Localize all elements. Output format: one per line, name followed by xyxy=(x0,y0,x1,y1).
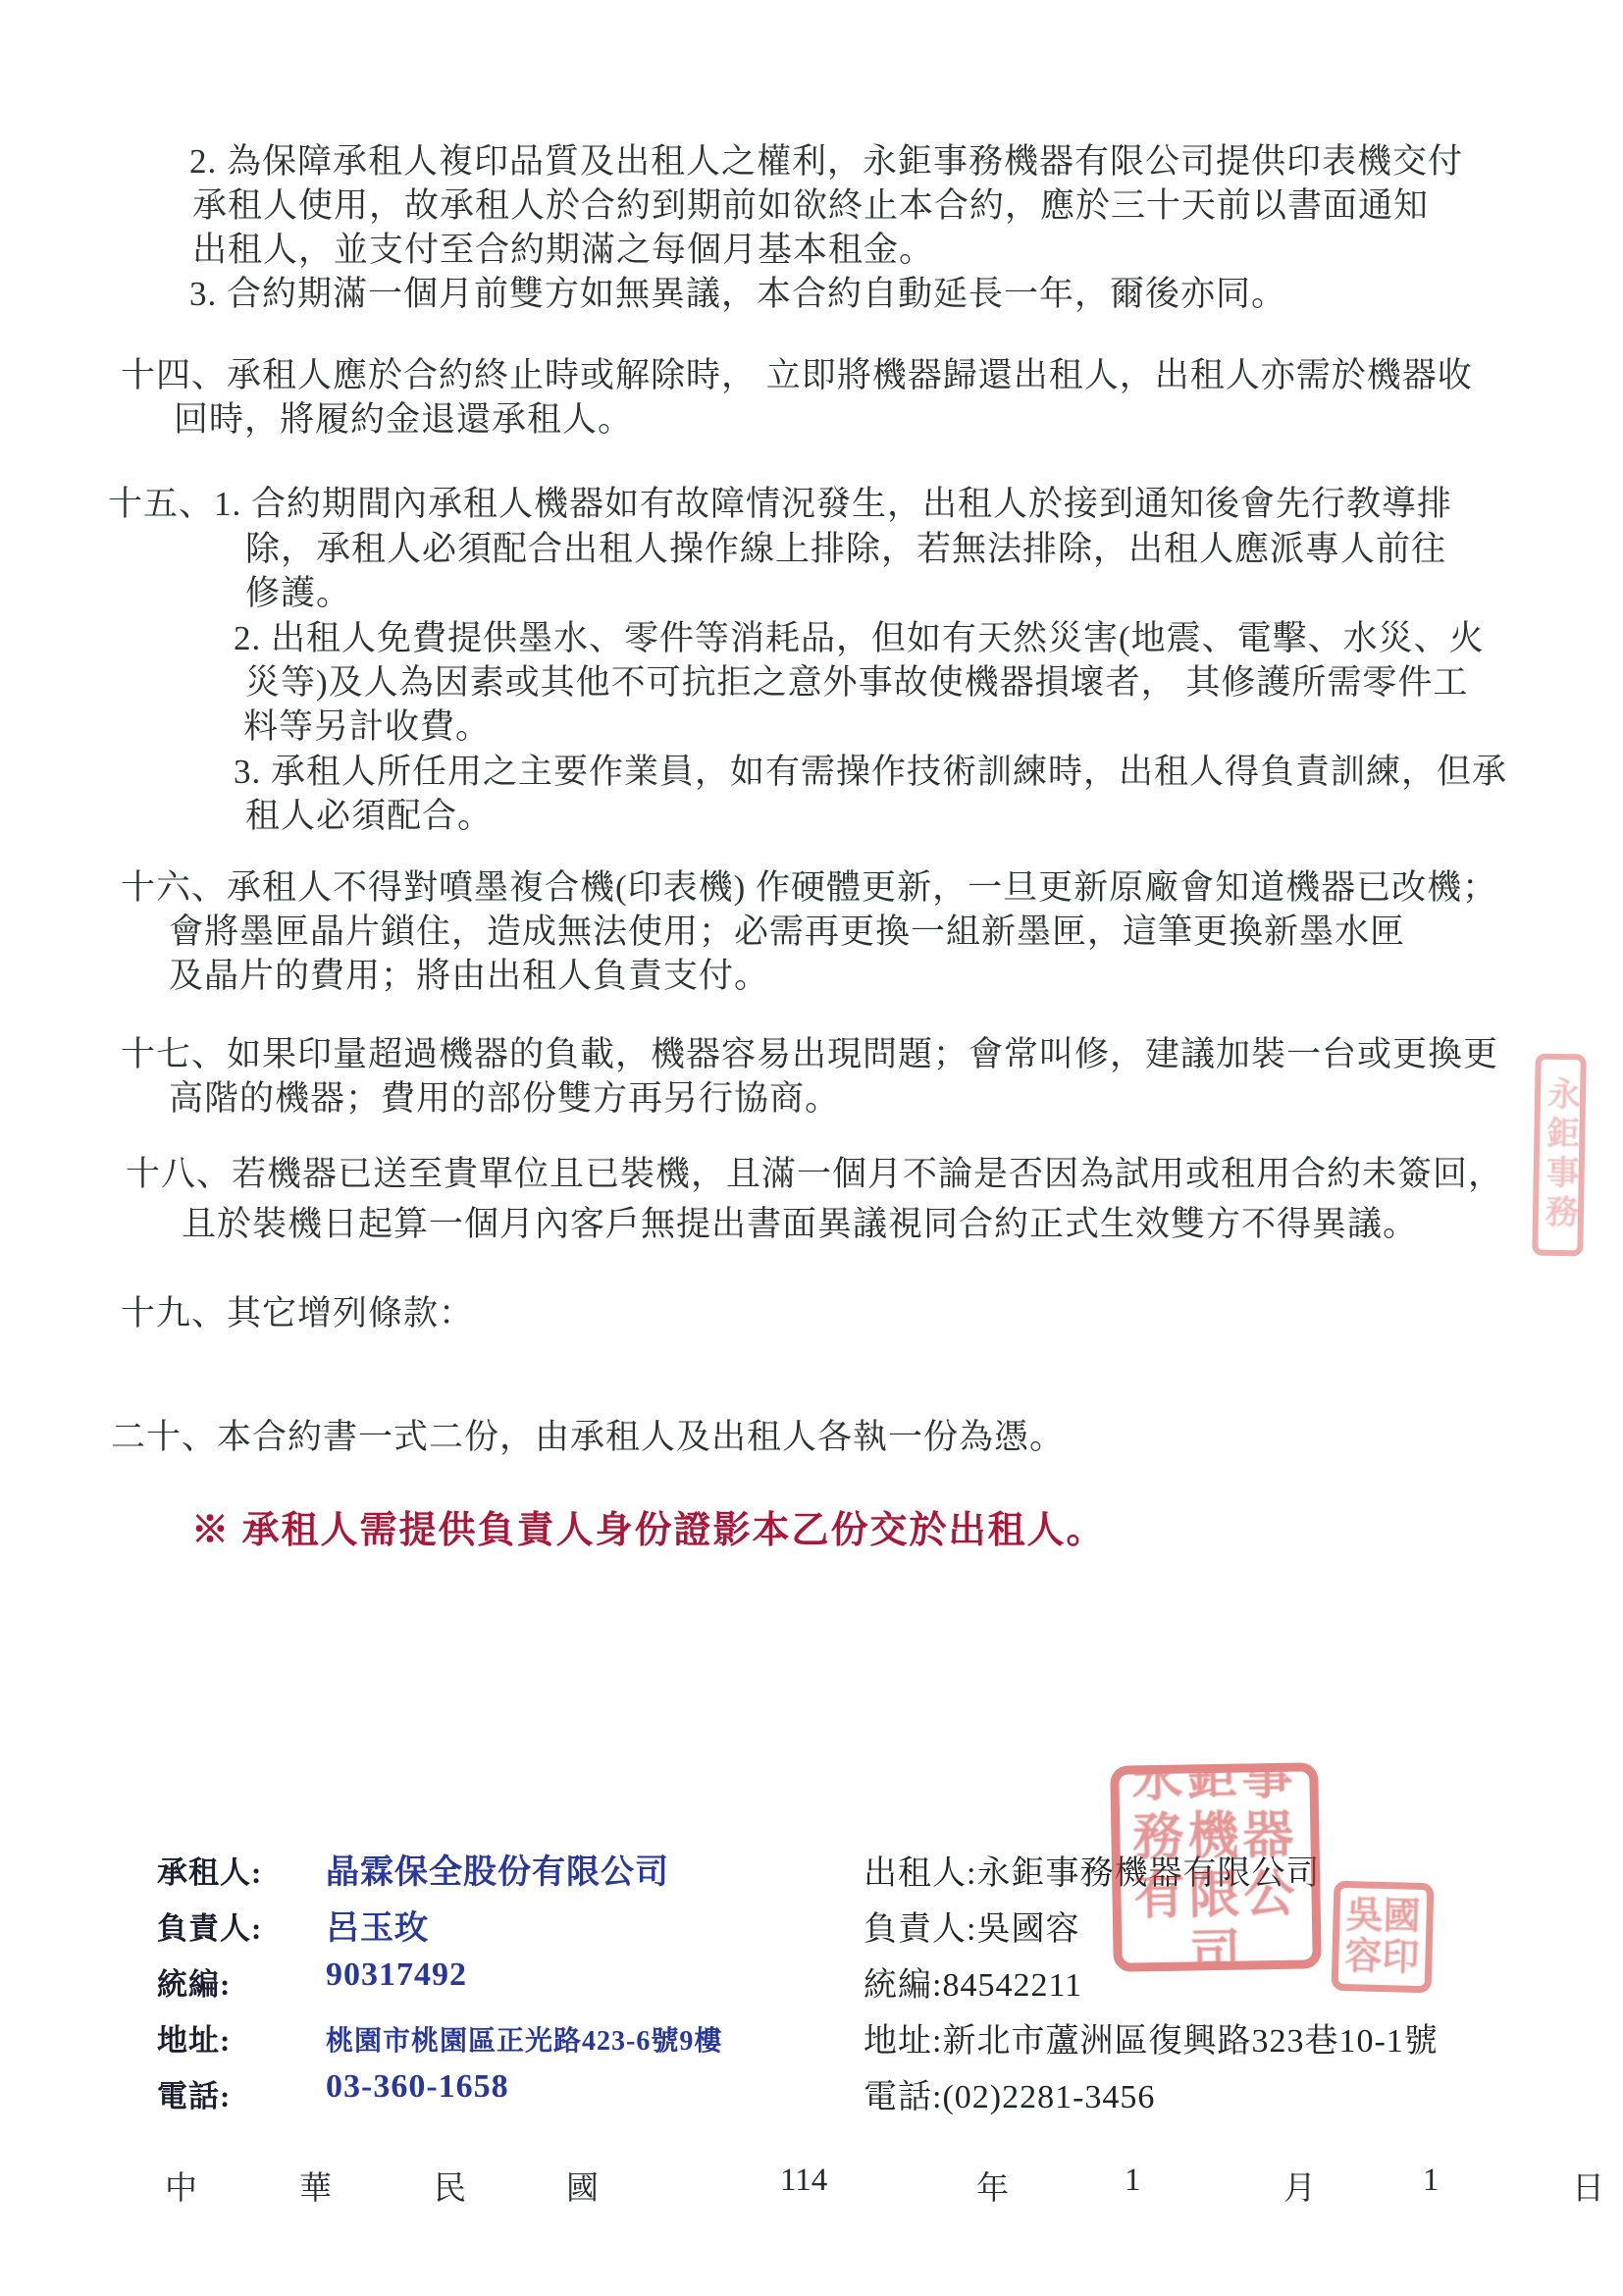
lessor-principal-row: 負責人:吳國容 xyxy=(864,1902,1079,1950)
clause-20-line1: 二十、本合約書一式二份，由承租人及出租人各執一份為憑。 xyxy=(111,1419,1065,1457)
lessee-address-value: 桃園市桃園區正光路423-6號9樓 xyxy=(326,2019,722,2059)
clause-15-item1-line2: 除，承租人必須配合出租人操作線上排除，若無法排除，出租人應派專人前往 xyxy=(245,531,1446,569)
clause-14-line1: 十四、承租人應於合約終止時或解除時， 立即將機器歸還出租人，出租人亦需於機器收 xyxy=(121,357,1473,395)
clause-15-item1-line1: 十五、1. 合約期間內承租人機器如有故障情況發生，出租人於接到通知後會先行教導排 xyxy=(108,486,1452,524)
clause-16-line3: 及晶片的費用；將由出租人負責支付。 xyxy=(169,958,769,996)
clause-15-item3-line1: 3. 承租人所任用之主要作業員，如有需操作技術訓練時，出租人得負責訓練，但承 xyxy=(234,754,1507,792)
lessee-tax-id-label: 統編: xyxy=(157,1959,231,2004)
clause-13-item2-line2: 承租人使用，故承租人於合約到期前如欲終止本合約，應於三十天前以書面通知 xyxy=(192,187,1429,226)
lessor-address-row: 地址:新北市蘆洲區復興路323巷10-1號 xyxy=(864,2013,1439,2061)
edge-joint-seal-stamp: 永鉅事務 xyxy=(1532,1054,1587,1257)
clause-13-item2-line3: 出租人，並支付至合約期滿之每個月基本租金。 xyxy=(192,232,934,270)
lessee-phone-label: 電話: xyxy=(157,2071,231,2115)
lessee-address-label: 地址: xyxy=(157,2015,231,2060)
date-month-label: 月 xyxy=(1283,2163,1316,2209)
clause-13-item3-line1: 3. 合約期滿一個月前雙方如無異議，本合約自動延長一年，爾後亦同。 xyxy=(189,276,1286,314)
lessee-principal-label: 負責人: xyxy=(157,1904,262,1948)
clause-16-line2: 會將墨匣晶片鎖住，造成無法使用；必需再更換一組新墨匣，這筆更換新墨水匣 xyxy=(169,913,1405,952)
lessor-tax-id-row: 統編:84542211 xyxy=(864,1957,1082,2006)
date-year-label: 年 xyxy=(976,2163,1009,2209)
date-day-value: 1 xyxy=(1423,2163,1440,2199)
clause-15-item2-line2: 災等)及人為因素或其他不可抗拒之意外事故使機器損壞者， 其修護所需零件工 xyxy=(245,664,1468,703)
clause-14-line2: 回時，將履約金退還承租人。 xyxy=(174,401,633,440)
date-token-guo: 國 xyxy=(566,2163,599,2209)
date-token-zhong: 中 xyxy=(165,2163,197,2209)
id-copy-requirement-note: ※ 承租人需提供負責人身份證影本乙份交於出租人。 xyxy=(191,1499,1106,1553)
clause-16-line1: 十六、承租人不得對噴墨複合機(印表機) 作硬體更新，一旦更新原廠會知道機器已改機… xyxy=(121,869,1497,908)
clause-18-line1: 十八、若機器已送至貴單位且已裝機，且滿一個月不論是否因為試用或租用合約未簽回， xyxy=(126,1156,1503,1194)
lessee-label: 承租人: xyxy=(157,1848,262,1892)
clause-15-item2-line3: 料等另計收費。 xyxy=(243,708,491,747)
lessor-phone-row: 電話:(02)2281-3456 xyxy=(864,2069,1155,2117)
edge-joint-seal-text: 永鉅事務 xyxy=(1534,1076,1585,1234)
personal-seal-stamp: 吳國容印 xyxy=(1332,1881,1435,1994)
personal-seal-text: 吳國容印 xyxy=(1342,1895,1423,1979)
clause-15-item1-line3: 修護。 xyxy=(245,575,351,613)
date-month-value: 1 xyxy=(1125,2163,1141,2199)
contract-page: 2. 為保障承租人複印品質及出租人之權利，永鉅事務機器有限公司提供印表機交付 承… xyxy=(0,0,1623,2296)
lessee-company-value: 晶霖保全股份有限公司 xyxy=(326,1845,669,1893)
lessee-phone-value: 03-360-1658 xyxy=(326,2068,509,2106)
date-year-value: 114 xyxy=(780,2163,827,2199)
clause-15-item2-line1: 2. 出租人免費提供墨水、零件等消耗品，但如有天然災害(地震、電擊、水災、火 xyxy=(234,620,1485,658)
clause-17-line1: 十七、如果印量超過機器的負載，機器容易出現問題；會常叫修，建議加裝一台或更換更 xyxy=(121,1036,1498,1074)
date-token-hua: 華 xyxy=(299,2163,332,2209)
lessor-company-row: 出租人:永鉅事務機器有限公司 xyxy=(864,1846,1320,1894)
clause-19-line1: 十九、其它增列條款： xyxy=(121,1295,474,1333)
clause-18-line2: 且於裝機日起算一個月內客戶無提出書面異議視同合約正式生效雙方不得異議。 xyxy=(182,1206,1418,1244)
lessee-principal-value: 呂玉玫 xyxy=(326,1901,429,1949)
date-day-label: 日 xyxy=(1572,2163,1604,2209)
lessee-tax-id-value: 90317492 xyxy=(326,1957,467,1994)
date-token-min: 民 xyxy=(434,2163,466,2209)
clause-17-line2: 高階的機器；費用的部份雙方再另行協商。 xyxy=(169,1080,840,1119)
clause-13-item2-line1: 2. 為保障承租人複印品質及出租人之權利，永鉅事務機器有限公司提供印表機交付 xyxy=(189,143,1463,182)
clause-15-item3-line2: 租人必須配合。 xyxy=(245,798,493,836)
